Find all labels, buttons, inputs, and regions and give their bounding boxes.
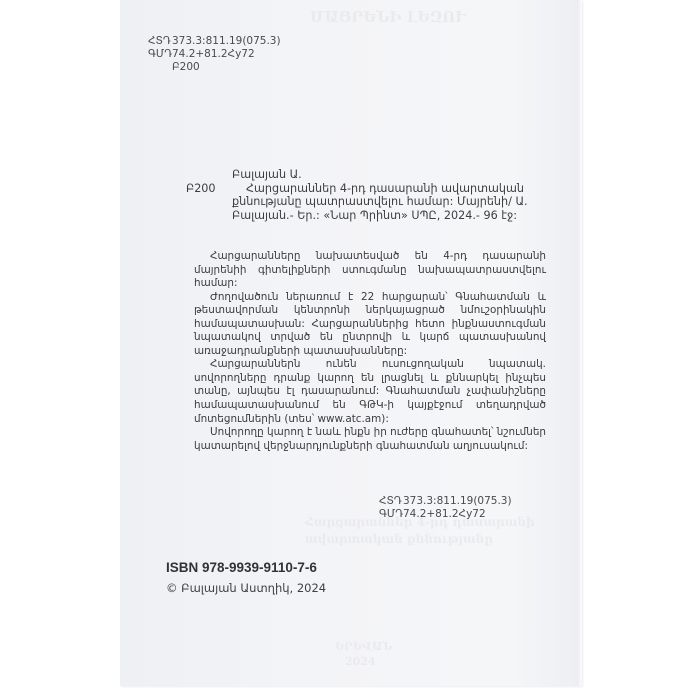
book-imprint-page: ՄԱՅՐԵՆԻ ԼԵԶՈՒ Հարցարաններ 4-րդ դասարանի … xyxy=(120,0,582,686)
isbn: ISBN 978-9939-9110-7-6 xyxy=(166,560,317,575)
bibliographic-description: Հարցարաններ 4-րդ դասարանի ավարտական քննո… xyxy=(232,182,528,222)
show-through-text: ավարտական քննությանը xyxy=(305,532,493,546)
udc-code: ՀՏԴ xyxy=(379,495,403,508)
show-through-text: ՄԱՅՐԵՆԻ ԼԵԶՈՒ xyxy=(310,8,466,26)
udc-row: ՀՏԴ 373.3:811.19(075.3) xyxy=(148,35,281,48)
lbc-row: ԳՄԴ 74.2+81.2Հy72 xyxy=(148,48,281,61)
annotation-paragraph: Հարցարանները նախատեսված են 4-րդ դասարանի… xyxy=(194,250,546,291)
lbc-code: ԳՄԴ xyxy=(148,48,172,61)
author-mark-row: Բ200 xyxy=(148,61,281,74)
annotation-paragraph: Հարցարաններն ունեն ուսուցողական նպատակ. … xyxy=(194,358,546,426)
lbc-value: 74.2+81.2Հy72 xyxy=(172,48,255,61)
bottom-classification: ՀՏԴ 373.3:811.19(075.3) ԳՄԴ 74.2+81.2Հy7… xyxy=(379,495,512,521)
lbc-row: ԳՄԴ 74.2+81.2Հy72 xyxy=(379,508,512,521)
show-through-text: ԵՐԵՎԱՆ xyxy=(335,640,392,653)
author-mark: Բ200 xyxy=(172,61,200,74)
lbc-code: ԳՄԴ xyxy=(379,508,403,521)
author-heading: Բալայան Ա. xyxy=(232,168,546,182)
lbc-value: 74.2+81.2Հy72 xyxy=(403,508,486,521)
annotation-paragraph: Ժողովածուն ներառում է 22 հարցարան՝ Գնահա… xyxy=(194,291,546,359)
show-through-text: 2024 xyxy=(345,655,376,668)
udc-row: ՀՏԴ 373.3:811.19(075.3) xyxy=(379,495,512,508)
udc-value: 373.3:811.19(075.3) xyxy=(172,35,281,48)
top-classification: ՀՏԴ 373.3:811.19(075.3) ԳՄԴ 74.2+81.2Հy7… xyxy=(148,35,281,74)
bibliographic-record: Բալայան Ա. Բ200 Հարցարաններ 4-րդ դասարան… xyxy=(186,168,546,222)
bibliographic-entry: Բ200 Հարցարաններ 4-րդ դասարանի ավարտական… xyxy=(186,182,546,223)
author-mark: Բ200 xyxy=(186,182,232,223)
udc-code: ՀՏԴ xyxy=(148,35,172,48)
annotation-paragraph: Սովորողը կարող է նաև ինքն իր ուժերը գնահ… xyxy=(194,426,546,453)
annotation: Հարցարանները նախատեսված են 4-րդ դասարանի… xyxy=(194,250,546,453)
copyright: © Բալայան Աստղիկ, 2024 xyxy=(166,581,326,595)
udc-value: 373.3:811.19(075.3) xyxy=(403,495,512,508)
